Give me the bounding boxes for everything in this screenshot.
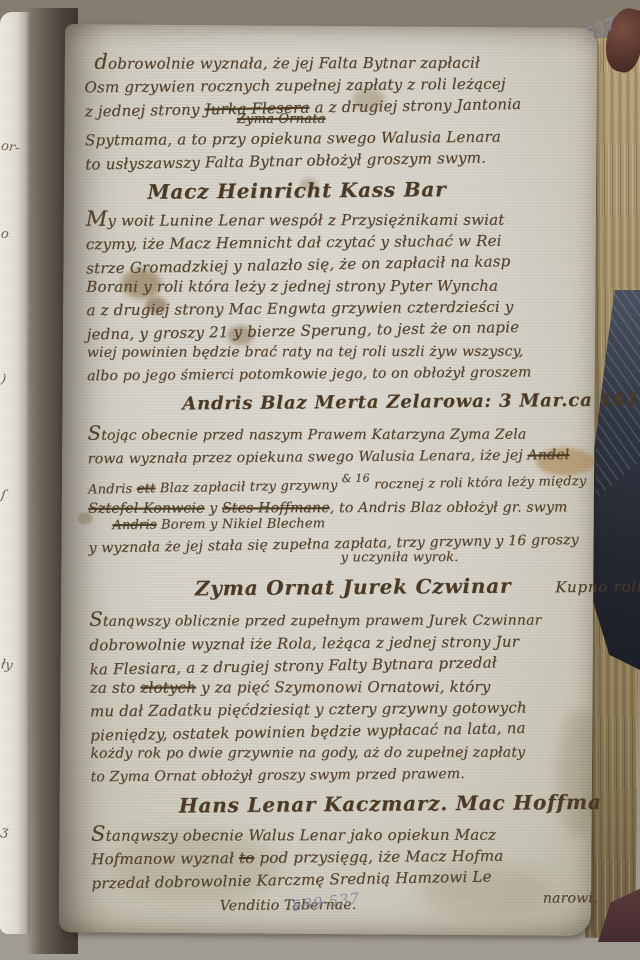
handwritten-text: Spytmama, a to przy opiekuna swego Walus… xyxy=(85,128,501,150)
manuscript-line: Macz Heinricht Kass Bar xyxy=(147,173,591,207)
entry-heading: Zyma Ornat Jurek CzwinarKupno roli xyxy=(89,570,595,606)
pencil-number: 537 xyxy=(328,889,362,911)
handwritten-text: , to Andris Blaz obłożył gr. swym xyxy=(330,499,568,516)
text-layer: dobrowolnie wyznała, że jej Falta Bytnar… xyxy=(84,48,598,918)
entry-heading: Macz Heinricht Kass Bar xyxy=(85,173,591,207)
manuscript-line: Andris Blaz Merta Zelarowa: 3 Mar.ca 161… xyxy=(182,386,593,420)
handwritten-text: Kupno roli xyxy=(555,577,640,596)
handwritten-text: Blaz zapłacił trzy grzywny xyxy=(155,478,342,496)
handwritten-text: Andris xyxy=(88,482,137,498)
struck-text: to xyxy=(239,849,255,867)
manuscript-line: Stanąwszy oblicznie przed zupełnym prawe… xyxy=(89,607,595,632)
handwritten-text: strze Gromadzkiej y nalazło się, że on z… xyxy=(86,252,511,277)
handwritten-text: Osm grzywien rocznych zupełnej zapłaty z… xyxy=(84,75,505,97)
struck-text: Andel xyxy=(527,447,569,463)
handwritten-text: narowi. xyxy=(543,890,598,906)
entry-heading: Hans Lenar Kaczmarz. Mac Hoffma xyxy=(91,787,597,821)
manuscript-line: Borani y roli która leży z jednej strony… xyxy=(86,274,592,297)
entry-paragraph: Stanąwszy oblicznie przed zupełnym prawe… xyxy=(89,606,597,788)
handwritten-text: ka Flesiara, a z drugiej strony Falty By… xyxy=(89,653,497,678)
manuscript-line: Stojąc obecnie przed naszym Prawem Katar… xyxy=(88,421,594,446)
entry-paragraph: dobrowolnie wyznała, że jej Falta Bytnar… xyxy=(84,48,591,173)
manuscript-line: to Zyma Ornat obłożył groszy swym przed … xyxy=(90,762,596,788)
handwritten-text: rocznej z roli która leży między xyxy=(370,474,587,493)
handwritten-text: wiej powinien będzie brać raty na tej ro… xyxy=(87,344,524,361)
handwritten-text: Zyma Ornat Jurek Czwinar xyxy=(195,574,512,601)
handwritten-text: pod przysięgą, iże Macz Hofma xyxy=(254,847,503,867)
handwritten-text: Macz Heinricht Kass Bar xyxy=(147,177,446,204)
struck-text: Zyma Ornata xyxy=(237,112,326,127)
verso-text-fragment: ſ xyxy=(0,488,7,504)
manuscript-line: dobrowolnie wyznała, że jej Falta Bytnar… xyxy=(94,49,590,74)
struck-text: ett xyxy=(137,481,156,496)
struck-text: Sztefel Konwcie xyxy=(88,500,204,516)
verso-text-fragment: ły xyxy=(0,657,14,673)
handwritten-text: pieniędzy, ostatek powinien będzie wypła… xyxy=(90,719,526,745)
manuscript-line: kożdy rok po dwie grzywnie na gody, aż d… xyxy=(90,741,596,764)
manuscript-line: y uczyniła wyrok. xyxy=(341,547,595,570)
handwritten-text: to Zyma Ornat obłożył groszy swym przed … xyxy=(90,766,465,785)
manuscript-photo: or-o)ſłyʒ dobrowolnie wyznała, że jej Fa… xyxy=(0,0,640,960)
handwritten-text: y uczyniła wyrok. xyxy=(341,550,459,565)
manuscript-line: za sto złotych y za pięć Szymonowi Ornat… xyxy=(90,675,596,698)
manuscript-line: My woit Lunine Lenar wespół z Przysiężni… xyxy=(86,206,592,231)
handwritten-text: to usłyszawszy Falta Bytnar obłożył gros… xyxy=(85,149,486,174)
entry-paragraph: My woit Lunine Lenar wespół z Przysiężni… xyxy=(86,205,594,387)
manuscript-page: dobrowolnie wyznała, że jej Falta Bytnar… xyxy=(59,24,597,936)
verso-text-fragment: or- xyxy=(0,139,20,156)
handwritten-text: Stanąwszy obecnie Walus Lenar jako opiek… xyxy=(91,826,496,845)
handwritten-text: Andris Blaz Merta Zelarowa: 3 Mar.ca 161… xyxy=(182,389,640,414)
handwritten-text: kożdy rok po dwie grzywnie na gody, aż d… xyxy=(90,745,525,762)
entry-heading: Andris Blaz Merta Zelarowa: 3 Mar.ca 161… xyxy=(87,386,593,420)
manuscript-line: Stanąwszy obecnie Walus Lenar jako opiek… xyxy=(91,821,597,846)
handwritten-text: y za pięć Szymonowi Ornatowi, który xyxy=(196,678,490,697)
handwritten-text: z jednej strony xyxy=(85,100,205,120)
manuscript-line: albo po jego śmierci potomkowie jego, to… xyxy=(87,361,593,387)
struck-text: złotych xyxy=(140,678,196,696)
verso-text-fragment: o xyxy=(0,227,10,243)
pencil-number-struck: 539 xyxy=(291,893,325,915)
handwritten-text: My woit Lunine Lenar wespół z Przysiężni… xyxy=(86,211,505,230)
handwritten-text: Stojąc obecnie przed naszym Prawem Katar… xyxy=(88,427,527,444)
manuscript-line: Zyma Ornata xyxy=(237,108,591,131)
verso-text-fragment: ʒ xyxy=(0,824,9,840)
handwritten-text: y xyxy=(205,500,222,516)
handwritten-text: dobrowolnie wyznała, że jej Falta Bytnar… xyxy=(94,54,480,73)
handwritten-text: za sto xyxy=(90,679,141,697)
handwritten-text: rowa wyznała przez opiekuna swego Walusi… xyxy=(88,447,528,467)
manuscript-line: Sztefel Konwcie y Stes Hoffmane, to Andr… xyxy=(88,496,594,519)
handwritten-text: Stanąwszy oblicznie przed zupełnym prawe… xyxy=(89,613,541,630)
handwritten-text: & 16 xyxy=(342,472,370,485)
handwritten-text: Hans Lenar Kaczmarz. Mac Hoffma xyxy=(179,790,602,818)
manuscript-line: Hans Lenar Kaczmarz. Mac Hoffma xyxy=(179,787,597,821)
manuscript-line: wiej powinien będzie brać raty na tej ro… xyxy=(87,340,593,363)
manuscript-line: Zyma Ornat Jurek CzwinarKupno roli xyxy=(195,570,595,605)
handwritten-text: jedna, y groszy 21 y bierze Sperung, to … xyxy=(87,318,520,344)
entry-paragraph: Stojąc obecnie przed naszym Prawem Katar… xyxy=(87,420,594,572)
struck-text: Stes Hoffmane xyxy=(222,500,330,516)
handwritten-text: dobrowolnie wyznał iże Rola, leżąca z je… xyxy=(89,633,519,655)
struck-text: Andris xyxy=(112,518,156,533)
verso-text-fragment: ) xyxy=(0,372,7,388)
handwritten-text: czymy, iże Macz Hemnicht dał czytać y sł… xyxy=(86,232,502,254)
handwritten-text: albo po jego śmierci potomkowie jego, to… xyxy=(87,364,532,384)
handwritten-text: Hofmanow wyznał xyxy=(91,849,239,868)
handwritten-text: a z drugiej strony Mac Engwta grzywien c… xyxy=(86,298,513,320)
handwritten-text: Borani y roli która leży z jednej strony… xyxy=(86,277,498,296)
